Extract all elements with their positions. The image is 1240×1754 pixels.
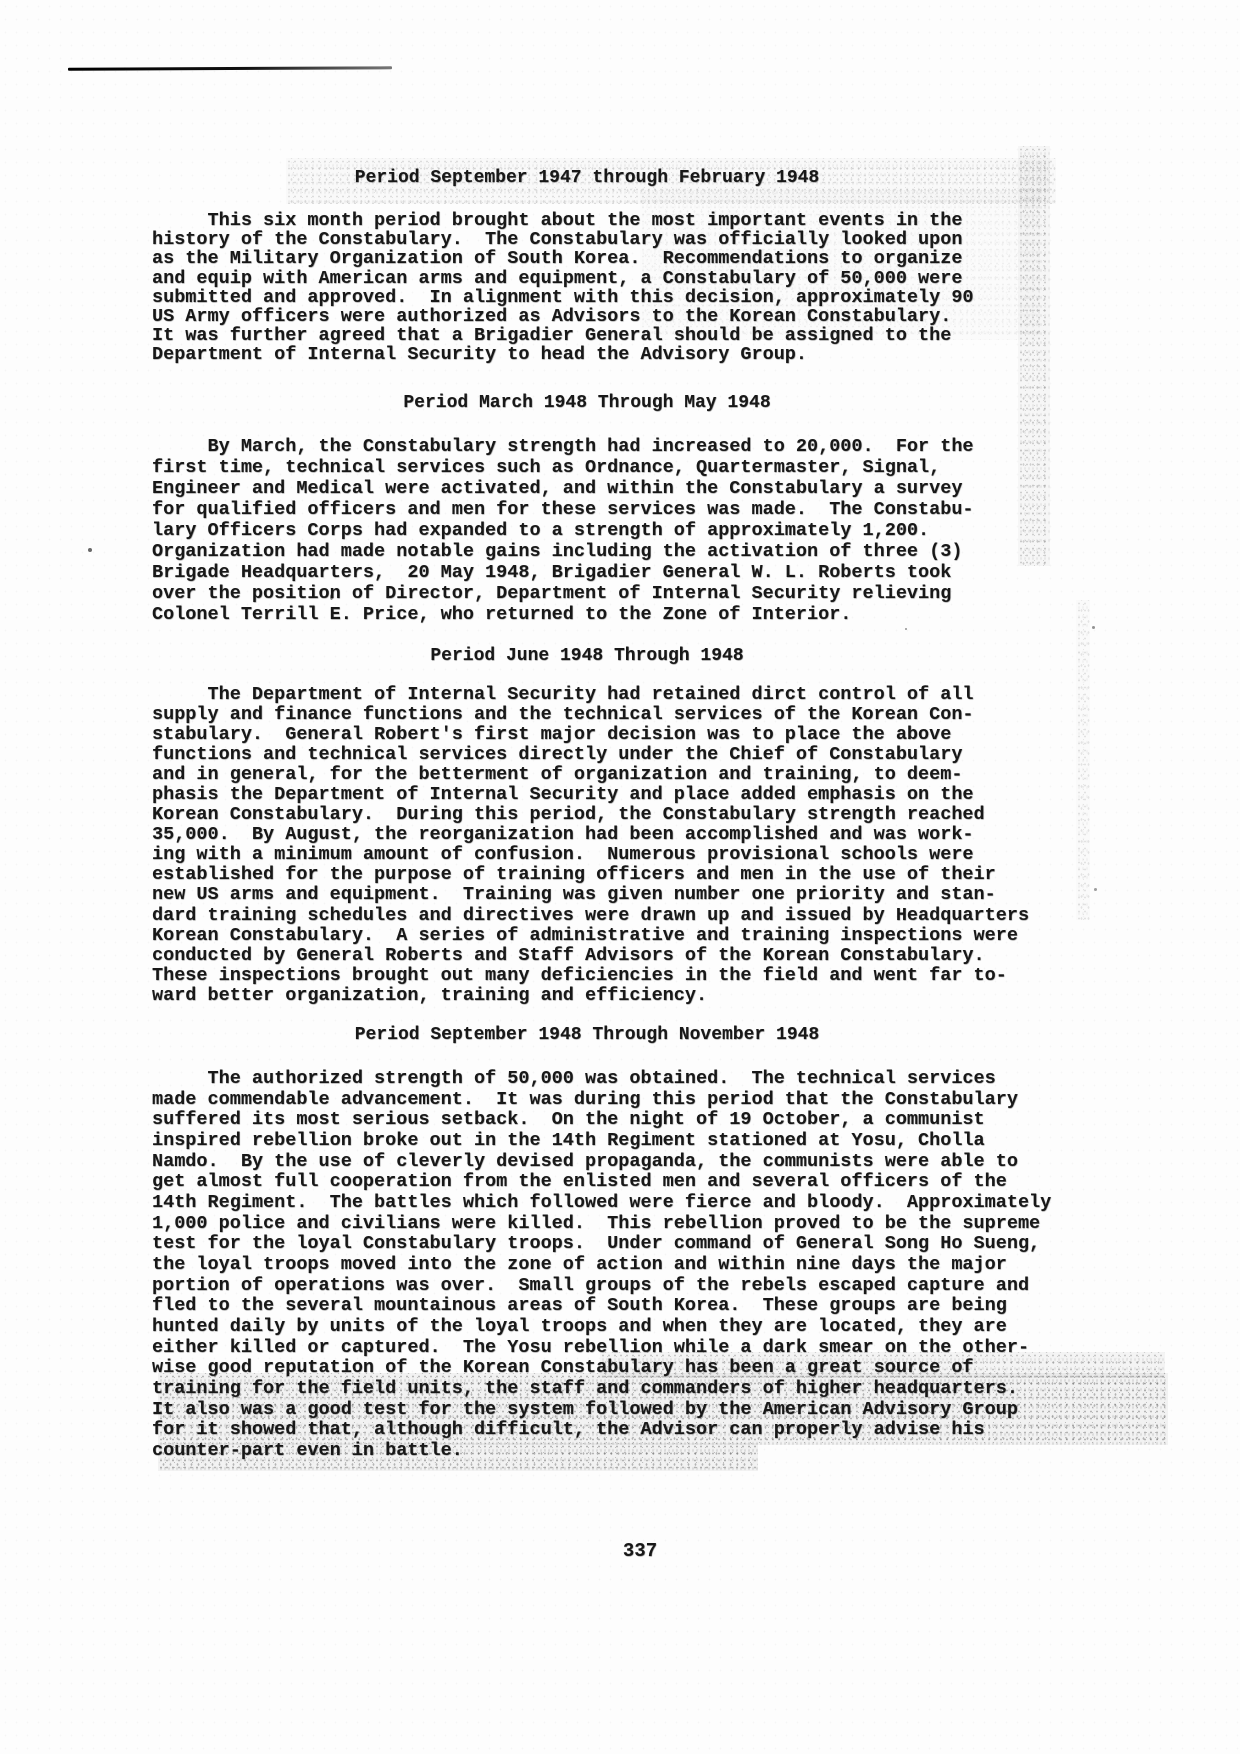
ink-fleck (905, 628, 907, 630)
scan-noise-strip (1018, 146, 1050, 566)
top-rule (68, 66, 392, 70)
section-heading-sep1948-nov1948: Period September 1948 Through November 1… (152, 1024, 1022, 1046)
ink-fleck (1094, 888, 1097, 891)
paragraph-jun1948: The Department of Internal Security had … (152, 685, 1029, 1006)
page-number: 337 (560, 1540, 720, 1562)
scanned-document-page: Period September 1947 through February 1… (0, 0, 1240, 1754)
ink-fleck (1092, 626, 1095, 629)
ink-fleck (88, 548, 92, 552)
paragraph-mar1948-may1948: By March, the Constabulary strength had … (152, 436, 974, 625)
scan-noise-strip (1076, 600, 1090, 920)
section-heading-jun1948: Period June 1948 Through 1948 (152, 645, 1022, 667)
paragraph-sep1947-feb1948: This six month period brought about the … (152, 211, 974, 365)
section-heading-sep1947-feb1948: Period September 1947 through February 1… (152, 167, 1022, 189)
section-heading-mar1948-may1948: Period March 1948 Through May 1948 (152, 392, 1022, 414)
paragraph-sep1948-nov1948: The authorized strength of 50,000 was ob… (152, 1069, 1051, 1461)
